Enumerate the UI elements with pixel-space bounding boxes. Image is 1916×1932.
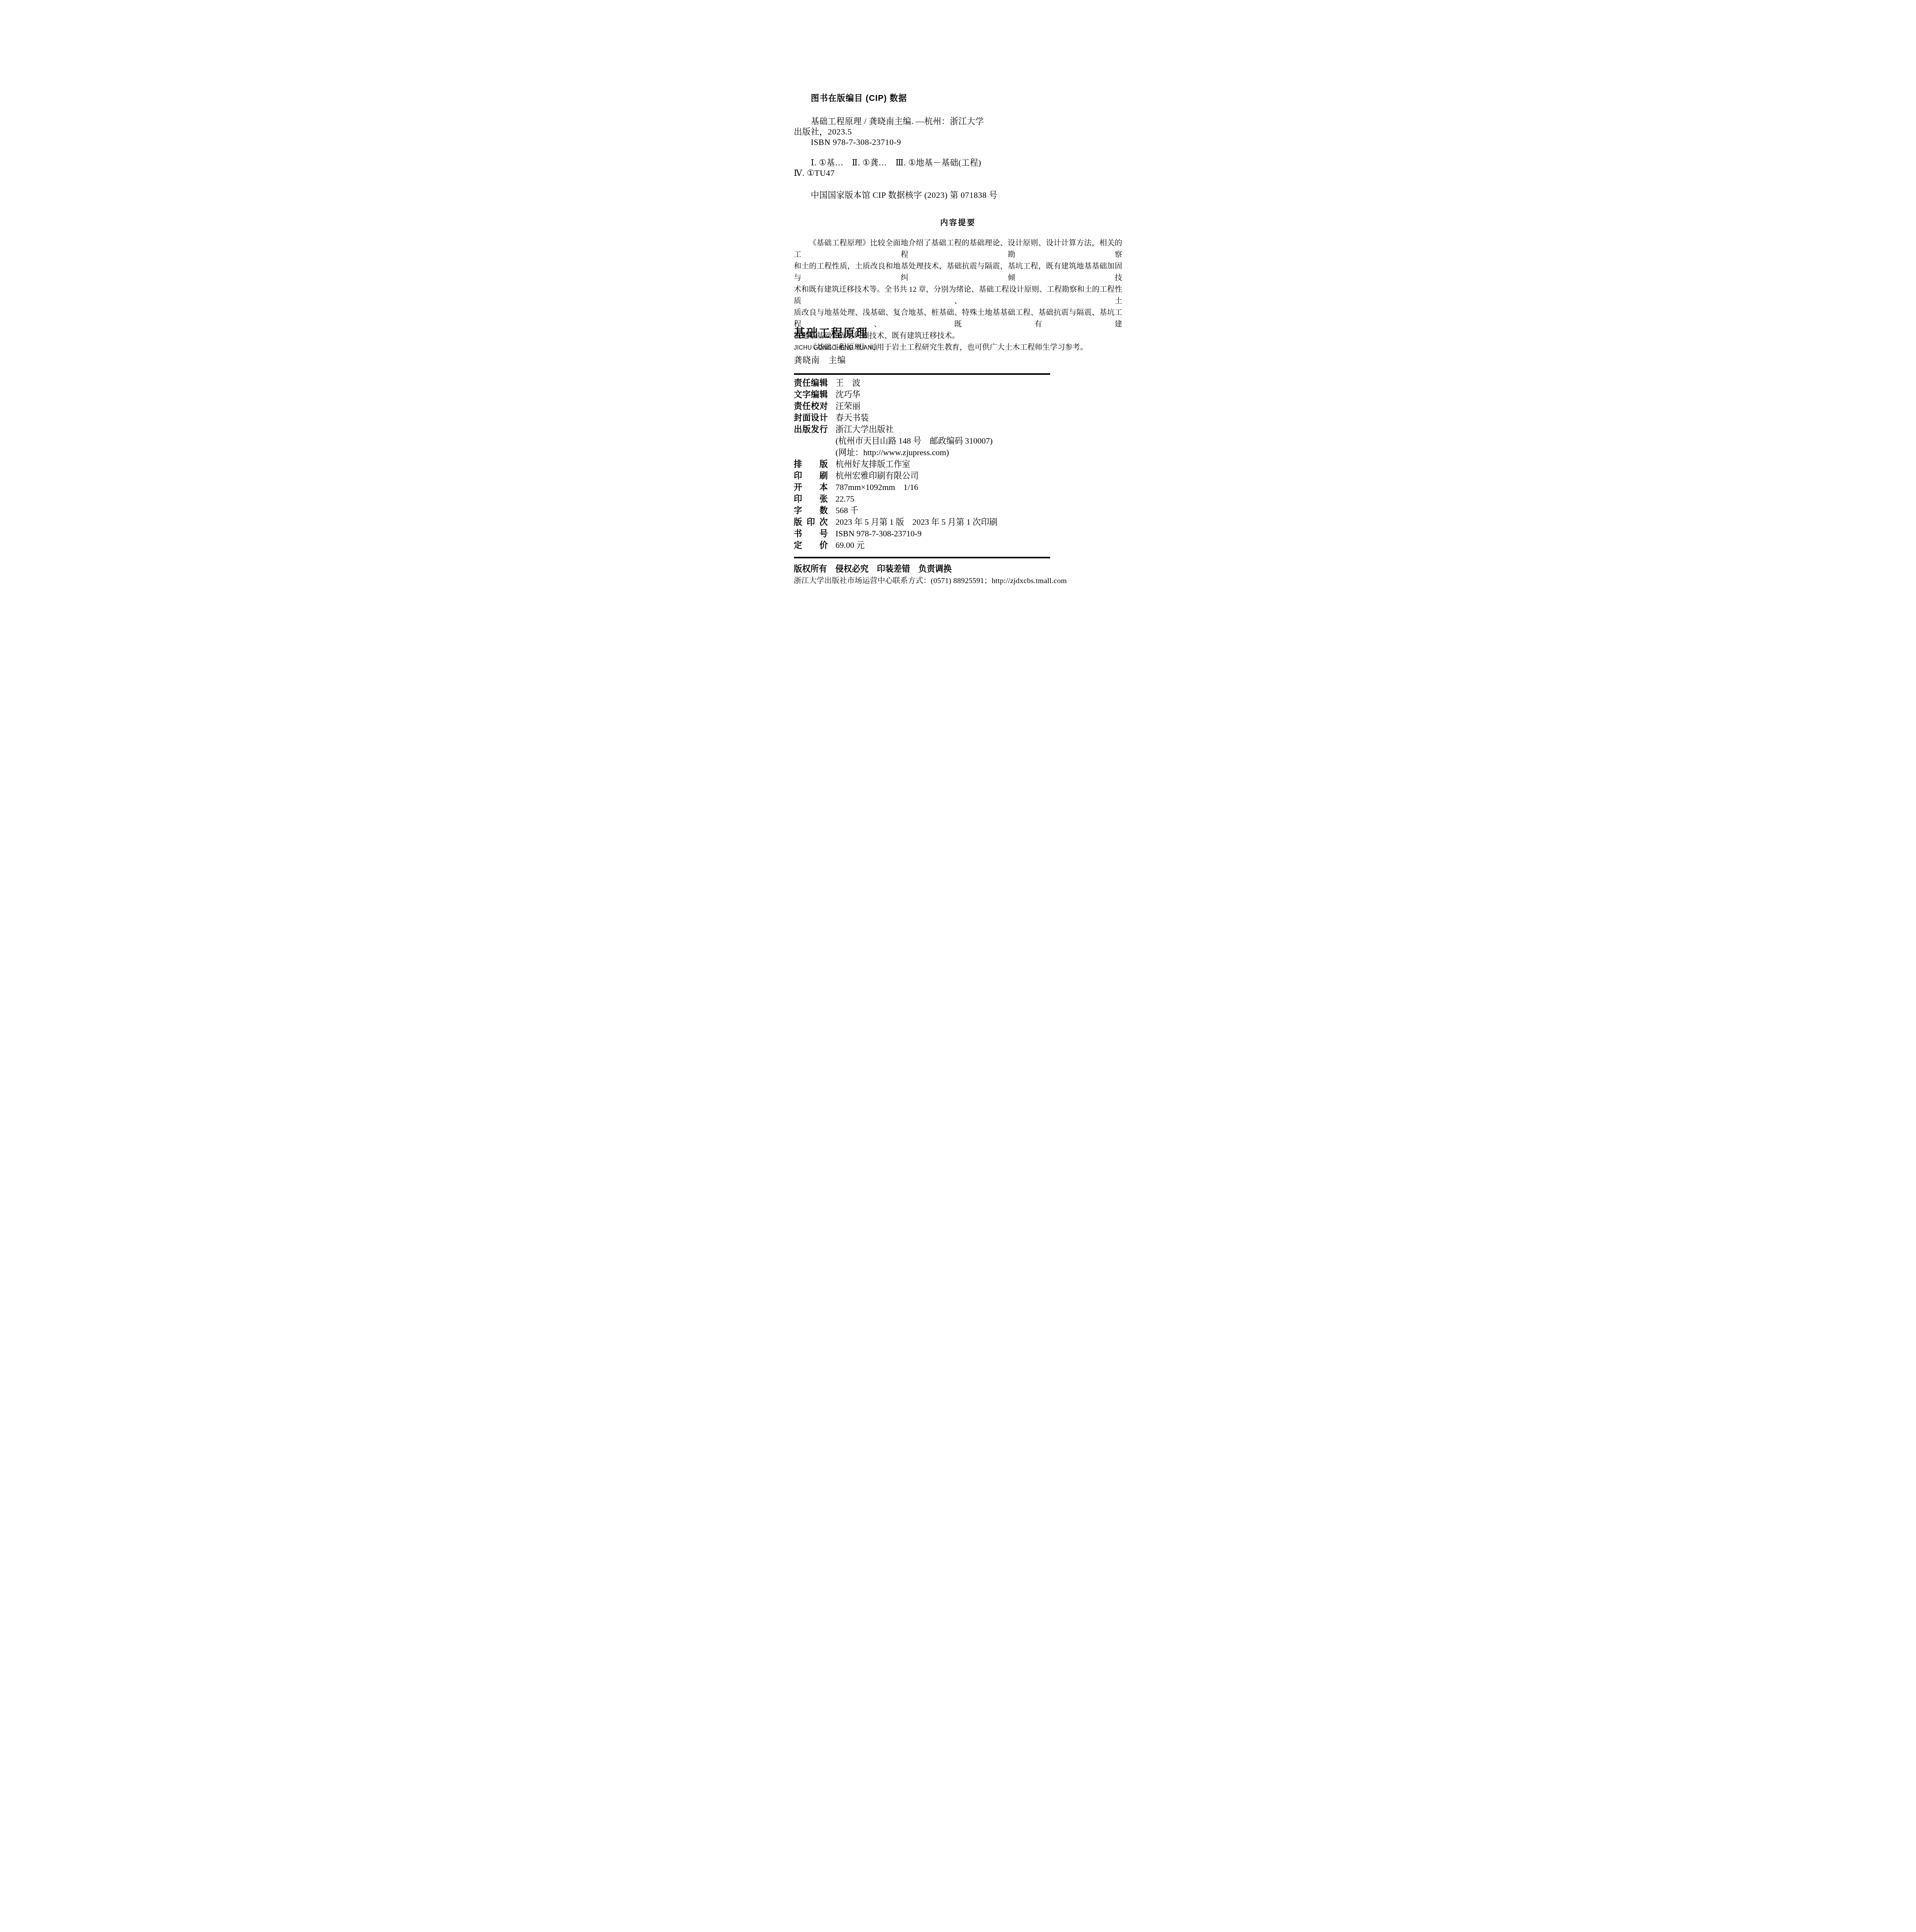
colophon-value: (杭州市天目山路 148 号 邮政编码 310007) [836,435,993,447]
cip-classification-line: Ⅰ. ①基… Ⅱ. ①龚… Ⅲ. ①地基－基础(工程) [794,158,1142,168]
colophon-row: 排版杭州好友排版工作室 [794,458,998,470]
copyright-notice: 版权所有 侵权必究 印装差错 负责调换 [794,564,952,574]
colophon-value: 22.75 [836,493,854,505]
colophon-label: 封面设计 [794,412,828,423]
colophon-value: 汪荣丽 [836,400,861,412]
colophon-row: 版印次2023 年 5 月第 1 版 2023 年 5 月第 1 次印刷 [794,516,998,528]
colophon-label: 印张 [794,493,828,505]
colophon-row: 印刷杭州宏雅印刷有限公司 [794,470,998,481]
colophon-row: 书号ISBN 978-7-308-23710-9 [794,528,998,539]
colophon-value: 春天书装 [836,412,869,423]
colophon-value: 王 波 [836,377,861,389]
divider-top [794,373,1050,375]
colophon-value: 浙江大学出版社 [836,423,894,435]
colophon-label: 责任编辑 [794,377,828,389]
colophon-label: 书号 [794,528,828,539]
cip-header: 图书在版编目 (CIP) 数据 [794,93,1142,104]
colophon-value: 568 千 [836,505,859,516]
colophon-value: ISBN 978-7-308-23710-9 [836,528,922,539]
cip-classification-line2: Ⅳ. ①TU47 [794,168,1142,179]
colophon-label: 开本 [794,481,828,493]
colophon-row: 出版发行浙江大学出版社 [794,423,998,435]
colophon-block: 责任编辑王 波文字编辑沈巧华责任校对汪荣丽封面设计春天书装出版发行浙江大学出版社… [794,377,998,551]
colophon-row: 定价69.00 元 [794,539,998,551]
colophon-label: 印刷 [794,470,828,481]
colophon-value: 2023 年 5 月第 1 版 2023 年 5 月第 1 次印刷 [836,516,998,528]
colophon-row: 责任编辑王 波 [794,377,998,389]
colophon-value: 杭州宏雅印刷有限公司 [836,470,919,481]
colophon-row: (杭州市天目山路 148 号 邮政编码 310007) [794,435,998,447]
colophon-label: 定价 [794,539,828,551]
colophon-label: 版印次 [794,516,828,528]
colophon-row: (网址：http://www.zjupress.com) [794,447,998,458]
abstract-line: 和土的工程性质，土质改良和地基处理技术，基础抗震与隔震，基坑工程，既有建筑地基基… [794,261,1122,284]
abstract-line: 《基础工程原理》比较全面地介绍了基础工程的基础理论、设计原则、设计计算方法，相关… [794,238,1122,261]
colophon-value: (网址：http://www.zjupress.com) [836,447,949,458]
colophon-label: 排版 [794,458,828,470]
abstract-title: 内容提要 [794,218,1122,228]
colophon-value: 杭州好友排版工作室 [836,458,911,470]
book-title: 基础工程原理 [794,327,889,340]
colophon-value: 沈巧华 [836,389,861,400]
colophon-label: 出版发行 [794,423,828,435]
copyright-page: 图书在版编目 (CIP) 数据 基础工程原理 / 龚晓南主编. —杭州：浙江大学… [719,0,1198,678]
book-title-block: 基础工程原理 JICHU GONGCHENG YUANLI 龚晓南 主编 [794,327,889,366]
cip-block: 图书在版编目 (CIP) 数据 基础工程原理 / 龚晓南主编. —杭州：浙江大学… [794,93,1142,201]
book-author-line: 龚晓南 主编 [794,355,889,366]
cip-publisher-line: 出版社，2023.5 [794,127,1142,137]
colophon-label: 责任校对 [794,400,828,412]
colophon-value: 69.00 元 [836,539,865,551]
abstract-line: 术和既有建筑迁移技术等。全书共 12 章，分别为绪论、基础工程设计原则、工程勘察… [794,284,1122,307]
publisher-contact-line: 浙江大学出版社市场运营中心联系方式：(0571) 88925591；http:/… [794,576,1067,586]
cip-isbn-line: ISBN 978-7-308-23710-9 [794,137,1142,148]
colophon-row: 开本787mm×1092mm 1/16 [794,481,998,493]
book-title-pinyin: JICHU GONGCHENG YUANLI [794,344,877,352]
colophon-row: 字数568 千 [794,505,998,516]
colophon-row: 印张22.75 [794,493,998,505]
colophon-row: 文字编辑沈巧华 [794,389,998,400]
colophon-label: 文字编辑 [794,389,828,400]
colophon-row: 封面设计春天书装 [794,412,998,423]
colophon-row: 责任校对汪荣丽 [794,400,998,412]
cip-record-line: 中国国家版本馆 CIP 数据核字 (2023) 第 071838 号 [794,190,1142,201]
colophon-value: 787mm×1092mm 1/16 [836,481,918,493]
colophon-label: 字数 [794,505,828,516]
cip-title-line: 基础工程原理 / 龚晓南主编. —杭州：浙江大学 [794,116,1142,127]
divider-bottom [794,557,1050,558]
